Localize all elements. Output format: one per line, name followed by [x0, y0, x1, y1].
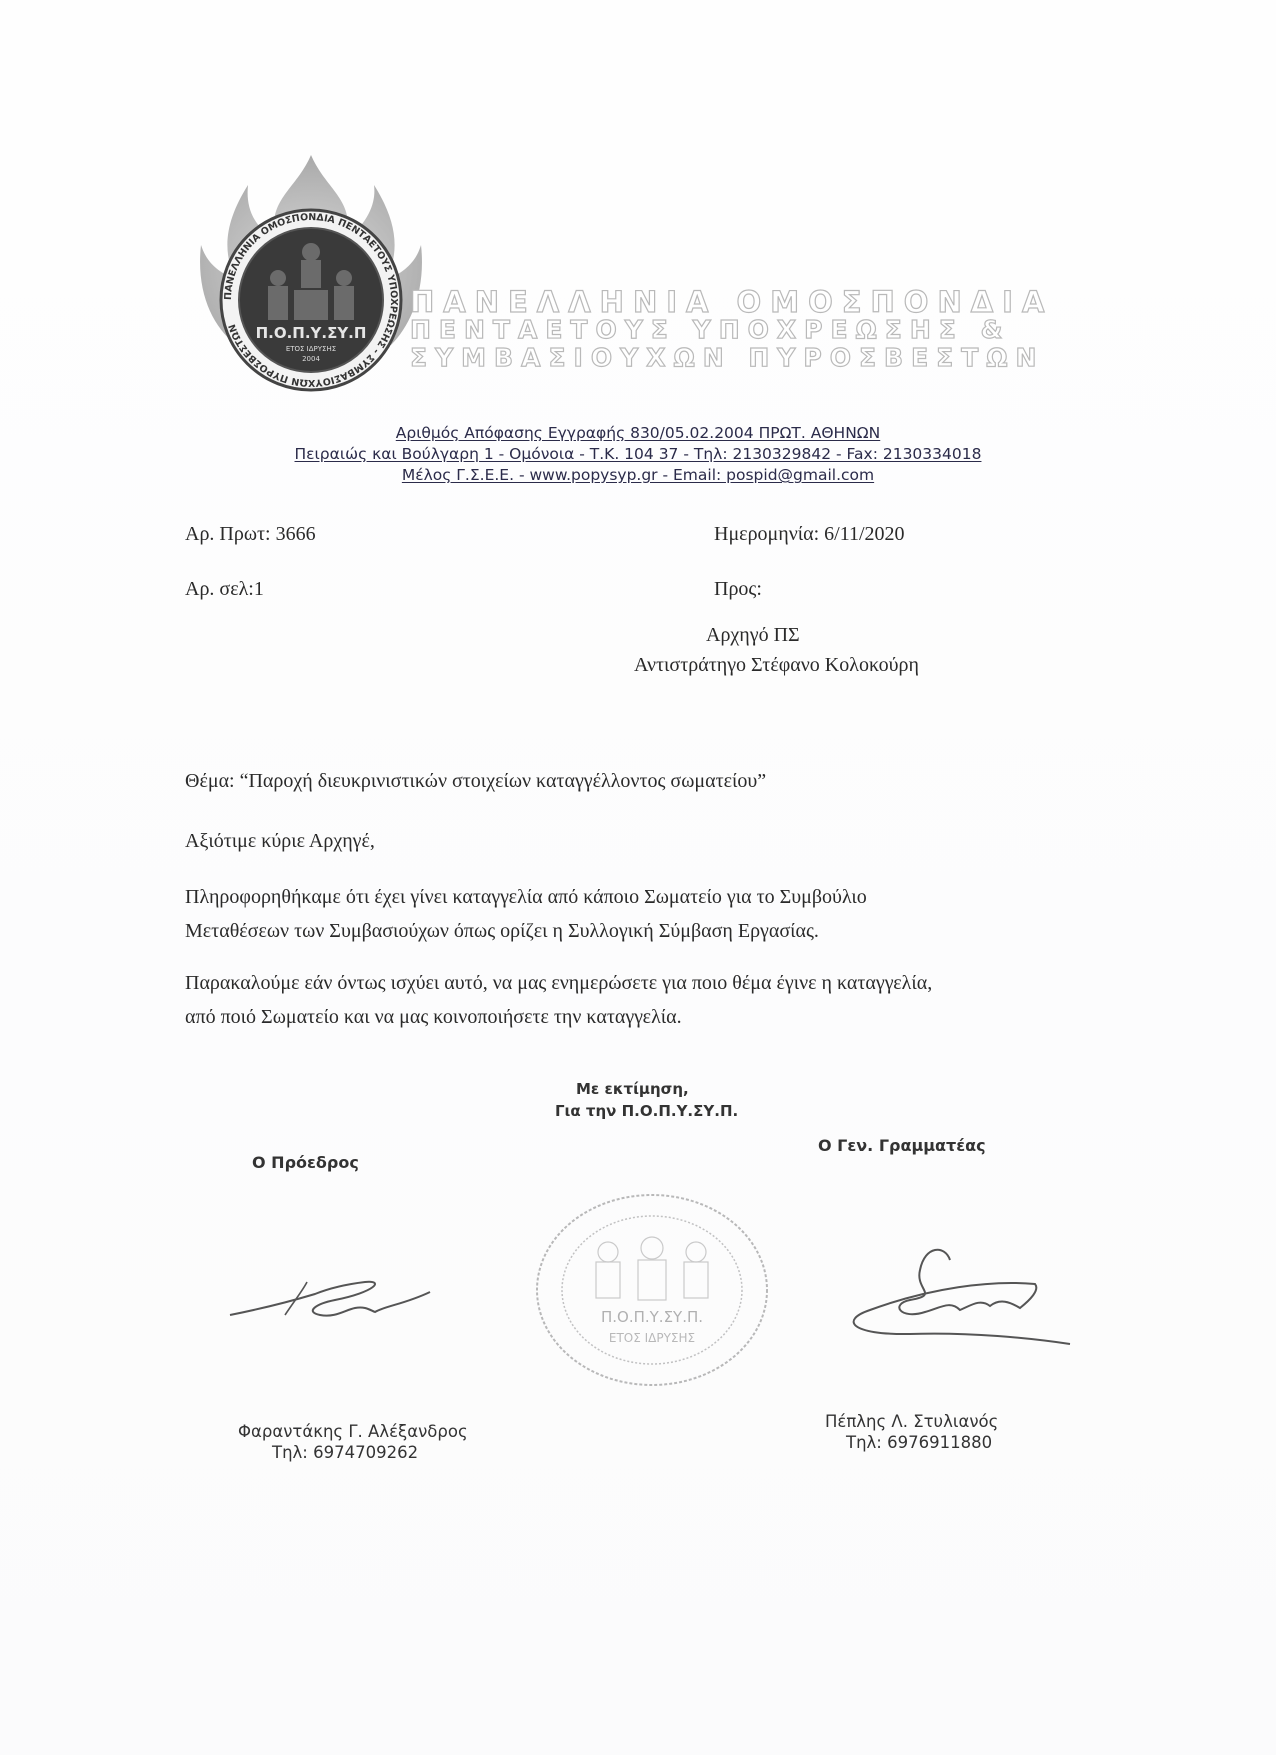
secretary-title: Ο Γεν. Γραμματέας	[818, 1136, 986, 1155]
svg-text:Π.Ο.Π.Υ.ΣΥ.Π.: Π.Ο.Π.Υ.ΣΥ.Π.	[601, 1308, 703, 1326]
closing-org: Για την Π.Ο.Π.Υ.ΣΥ.Π.	[555, 1102, 738, 1120]
letter-page: ΠΑΝΕΛΛΗΝΙΑ ΟΜΟΣΠΟΝΔΙΑ ΠΕΝΤΑΕΤΟΥΣ ΥΠΟΧΡΕΩ…	[0, 0, 1276, 1755]
svg-text:ΕΤΟΣ ΙΔΡΥΣΗΣ: ΕΤΟΣ ΙΔΡΥΣΗΣ	[609, 1331, 695, 1345]
address-contact-line: Πειραιώς και Βούλγαρη 1 - Ομόνοια - Τ.Κ.…	[0, 444, 1276, 465]
president-phone: Τηλ: 6974709262	[272, 1443, 418, 1462]
closing-regards: Με εκτίμηση,	[576, 1080, 689, 1098]
official-stamp: Π.Ο.Π.Υ.ΣΥ.Π. ΕΤΟΣ ΙΔΡΥΣΗΣ	[530, 1190, 775, 1390]
president-title: Ο Πρόεδρος	[252, 1153, 359, 1172]
president-signature-icon	[225, 1270, 435, 1340]
protocol-number: Αρ. Πρωτ: 3666	[185, 523, 316, 546]
body-paragraph-2: Παρακαλούμε εάν όντως ισχύει αυτό, να μα…	[185, 966, 932, 1034]
page-count: Αρ. σελ:1	[185, 578, 264, 601]
org-title-line: ΠΕΝΤΑΕΤΟΥΣ ΥΠΟΧΡΕΩΣΗΣ &	[410, 316, 1050, 344]
subject-line: Θέμα: “Παροχή διευκρινιστικών στοιχείων …	[185, 770, 766, 793]
to-label: Προς:	[714, 578, 762, 601]
salutation: Αξιότιμε κύριε Αρχηγέ,	[185, 830, 375, 853]
secretary-phone: Τηλ: 6976911880	[846, 1433, 992, 1452]
secretary-name: Πέπλης Λ. Στυλιανός	[825, 1412, 998, 1431]
membership-web-email-line: Μέλος Γ.Σ.Ε.Ε. - www.popysyp.gr - Email:…	[0, 465, 1276, 486]
organization-title: ΠΑΝΕΛΛΗΝΙΑ ΟΜΟΣΠΟΝΔΙΑ ΠΕΝΤΑΕΤΟΥΣ ΥΠΟΧΡΕΩ…	[410, 288, 1050, 372]
svg-text:Π.Ο.Π.Υ.ΣΥ.Π: Π.Ο.Π.Υ.ΣΥ.Π	[256, 324, 367, 342]
recipient-title: Αρχηγό ΠΣ	[706, 624, 800, 647]
body-paragraph-1: Πληροφορηθήκαμε ότι έχει γίνει καταγγελί…	[185, 880, 867, 948]
president-name: Φαραντάκης Γ. Αλέξανδρος	[238, 1422, 468, 1441]
recipient-name: Αντιστράτηγο Στέφανο Κολοκούρη	[634, 654, 919, 677]
registration-line: Αριθμός Απόφασης Εγγραφής 830/05.02.2004…	[0, 423, 1276, 444]
flame-seal-icon: ΠΑΝΕΛΛΗΝΙΑ ΟΜΟΣΠΟΝΔΙΑ ΠΕΝΤΑΕΤΟΥΣ ΥΠΟΧΡΕΩ…	[196, 150, 426, 400]
org-title-line: ΠΑΝΕΛΛΗΝΙΑ ΟΜΟΣΠΟΝΔΙΑ	[410, 288, 1050, 316]
stamp-seal-icon: Π.Ο.Π.Υ.ΣΥ.Π. ΕΤΟΣ ΙΔΡΥΣΗΣ	[530, 1190, 775, 1390]
org-title-line: ΣΥΜΒΑΣΙΟΥΧΩΝ ΠΥΡΟΣΒΕΣΤΩΝ	[410, 344, 1050, 372]
letterhead-address: Αριθμός Απόφασης Εγγραφής 830/05.02.2004…	[0, 423, 1276, 486]
federation-seal-logo: ΠΑΝΕΛΛΗΝΙΑ ΟΜΟΣΠΟΝΔΙΑ ΠΕΝΤΑΕΤΟΥΣ ΥΠΟΧΡΕΩ…	[196, 150, 426, 400]
svg-text:ΕΤΟΣ ΙΔΡΥΣΗΣ: ΕΤΟΣ ΙΔΡΥΣΗΣ	[286, 345, 336, 353]
letter-date: Ημερομηνία: 6/11/2020	[714, 523, 905, 546]
svg-text:2004: 2004	[302, 355, 320, 363]
secretary-signature-icon	[830, 1240, 1090, 1350]
